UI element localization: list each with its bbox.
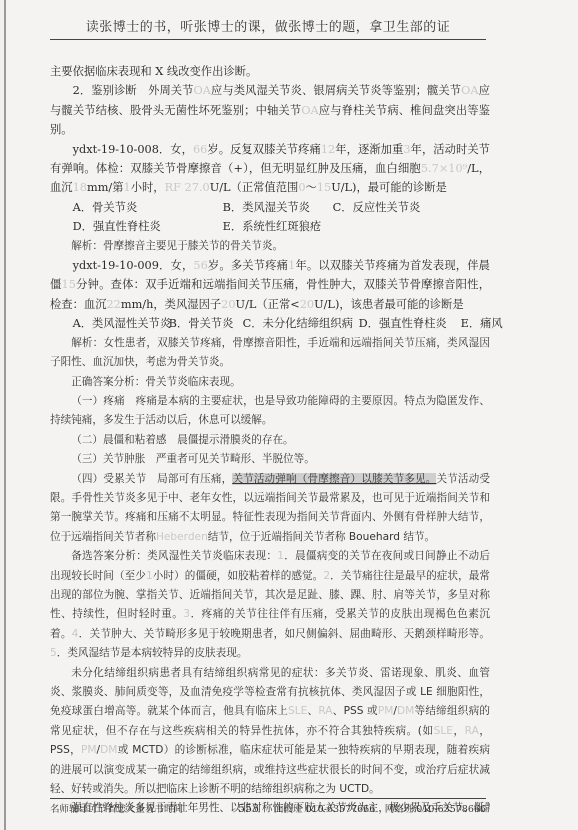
question-009-stem: ydxt-19-10-009．女，56岁。多关节疼痛1年。以双膝关节疼痛为首发表… xyxy=(50,256,490,314)
footer-divider xyxy=(50,798,486,799)
highlighted-text: 关节活动弹响（骨摩擦音）以膝关节多见。 xyxy=(232,473,436,485)
correct-answer-analysis: 正确答案分析：骨关节炎临床表现。 xyxy=(50,373,490,392)
question-009-options: A．类风湿性关节炎B．骨关节炎C．未分化结缔组织病D．强直性脊柱炎E．痛风 xyxy=(50,314,490,333)
question-008-options-row1: A．骨关节炎B．类风湿关节炎C．反应性关节炎 xyxy=(50,198,490,217)
footer-contact: 面授班 010-63577666 网络班 010-63578666 xyxy=(274,801,486,815)
paragraph-differential: 2．鉴别诊断 外周关节OA应与类风湿关节炎、银屑病关节炎等鉴别；髋关节OA应与髋… xyxy=(50,81,490,139)
header-divider xyxy=(50,39,486,40)
alternative-answer-analysis: 备选答案分析：类风湿性关节炎临床表现：1．晨僵病变的关节在夜间或日间静止不动后出… xyxy=(50,547,490,663)
section-affected-joints: （四）受累关节 局部可有压痛，关节活动弹响（骨摩擦音）以膝关节多见。关节活动受限… xyxy=(50,470,490,548)
section-morning-stiffness: （二）晨僵和粘着感 晨僵提示滑膜炎的存在。 xyxy=(50,431,490,450)
question-008-stem: ydxt-19-10-008．女，66岁。反复双膝关节疼痛12年，逐渐加重3年，… xyxy=(50,140,490,198)
section-pain: （一）疼痛 疼痛是本病的主要症状，也是导致功能障碍的主要原因。特点为隐匿发作、持… xyxy=(50,392,490,431)
page-number: 553 xyxy=(238,802,259,815)
question-008-options-row2: D．强直性脊柱炎E．系统性红斑狼疮 xyxy=(50,217,490,236)
document-page: 读张博士的书，听张博士的课，做张博士的题，拿卫生部的证 主要依据临床表现和 X … xyxy=(4,0,578,830)
uctd-paragraph: 未分化结缔组织病患者具有结缔组织病常见的症状：多关节炎、雷诺现象、肌炎、血管炎、… xyxy=(50,664,490,800)
page-footer: 名师辅导可节省您大量看书时间 553 面授班 010-63577666 网络班 … xyxy=(50,801,486,815)
page-header: 读张博士的书，听张博士的课，做张博士的题，拿卫生部的证 xyxy=(50,16,486,35)
question-009-analysis: 解析：女性患者，双膝关节疼痛，骨摩擦音阳性，手近端和远端指间关节压痛，类风湿因子… xyxy=(50,334,490,373)
section-joint-swelling: （三）关节肿胀 严重者可见关节畸形、半脱位等。 xyxy=(50,450,490,469)
footer-slogan: 名师辅导可节省您大量看书时间 xyxy=(50,801,183,815)
page-content: 主要依据临床表现和 X 线改变作出诊断。 2．鉴别诊断 外周关节OA应与类风湿关… xyxy=(50,62,490,819)
question-008-analysis: 解析：骨摩擦音主要见于膝关节的骨关节炎。 xyxy=(50,237,490,256)
paragraph-diagnosis: 主要依据临床表现和 X 线改变作出诊断。 xyxy=(50,62,490,81)
